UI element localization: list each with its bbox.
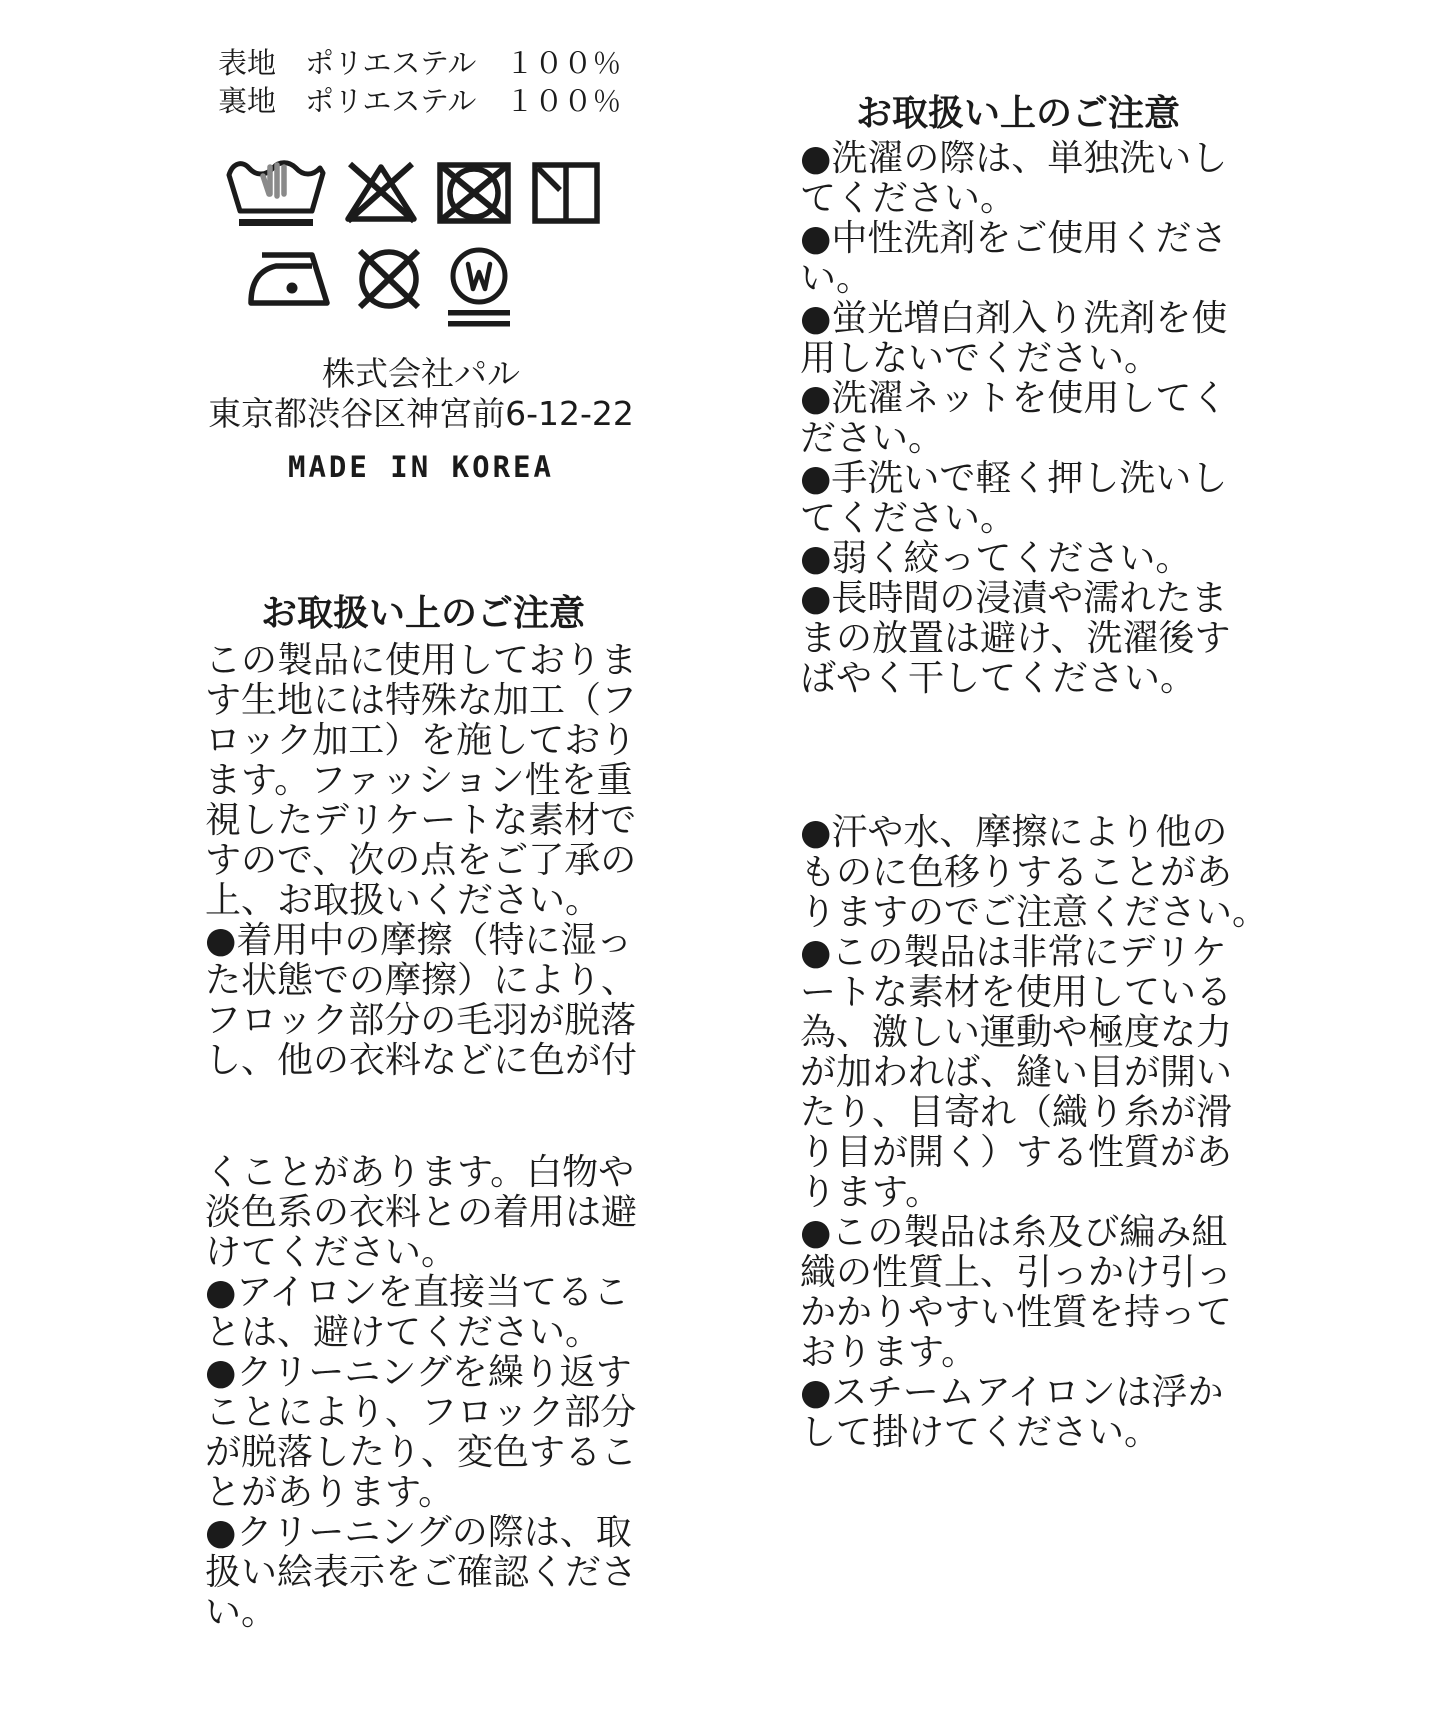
text-line: が脱落したり、変色するこ — [205, 1433, 637, 1473]
text-line: して掛けてください。 — [800, 1413, 1268, 1453]
text-line: 扱い絵表示をご確認くださ — [205, 1553, 637, 1593]
text-line: ●着用中の摩擦（特に湿っ — [205, 921, 637, 961]
washing-instructions: ●洗濯の際は、単独洗いしてください。●中性洗剤をご使用ください。●蛍光増白剤入り… — [800, 139, 1231, 699]
text-line: ●クリーニングの際は、取 — [205, 1513, 637, 1553]
left-care-paragraph-2: くことがあります。白物や淡色系の衣料との着用は避けてください。●アイロンを直接当… — [205, 1153, 637, 1633]
care-label-page: 表地 ポリエステル １００％裏地 ポリエステル １００％ — [0, 0, 1445, 1734]
text-line: 表地 ポリエステル １００％ — [218, 44, 621, 82]
line-dry-in-shade-icon — [527, 158, 605, 228]
text-line: 織の性質上、引っかけ引っ — [800, 1253, 1268, 1293]
text-line: し、他の衣料などに色が付 — [205, 1041, 637, 1081]
text-line: くことがあります。白物や — [205, 1153, 637, 1193]
text-line: ●中性洗剤をご使用くださ — [800, 219, 1231, 259]
text-line: てください。 — [800, 179, 1231, 219]
text-line: ロック加工）を施しており — [205, 721, 637, 761]
text-line: けてください。 — [205, 1233, 637, 1273]
do-not-tumble-dry-icon — [435, 158, 513, 228]
fabric-composition: 表地 ポリエステル １００％裏地 ポリエステル １００％ — [218, 44, 621, 120]
hand-wash-one-bar-icon — [225, 152, 327, 228]
text-line: 為、激しい運動や極度な力 — [800, 1013, 1268, 1053]
text-line: おります。 — [800, 1333, 1268, 1373]
text-line: ばやく干してください。 — [800, 659, 1231, 699]
iron-low-heat-one-dot-icon — [246, 246, 334, 310]
text-line: い。 — [205, 1593, 637, 1633]
text-line: この製品に使用しておりま — [205, 641, 637, 681]
text-line: ●この製品は非常にデリケ — [800, 933, 1268, 973]
text-line: ●汗や水、摩擦により他の — [800, 813, 1268, 853]
do-not-dry-clean-icon — [352, 246, 426, 312]
text-line: 視したデリケートな素材で — [205, 801, 637, 841]
text-line: ます。ファッション性を重 — [205, 761, 637, 801]
text-line: たり、目寄れ（織り糸が滑 — [800, 1093, 1268, 1133]
manufacturer-info: 株式会社パル 東京都渋谷区神宮前6-12-22 — [189, 354, 653, 434]
text-line: す生地には特殊な加工（フ — [205, 681, 637, 721]
gentle-wet-clean-w-icon — [444, 246, 514, 332]
text-line: ートな素材を使用している — [800, 973, 1268, 1013]
text-line: とは、避けてください。 — [205, 1313, 637, 1353]
text-line: とがあります。 — [205, 1473, 637, 1513]
text-line: 裏地 ポリエステル １００％ — [218, 82, 621, 120]
text-line: ●スチームアイロンは浮か — [800, 1373, 1268, 1413]
handling-instructions: ●汗や水、摩擦により他のものに色移りすることがありますのでご注意ください。●この… — [800, 813, 1268, 1453]
text-line: フロック部分の毛羽が脱落 — [205, 1001, 637, 1041]
left-care-heading: お取扱い上のご注意 — [205, 594, 641, 634]
text-line: ものに色移りすることがあ — [800, 853, 1268, 893]
text-line: ●アイロンを直接当てるこ — [205, 1273, 637, 1313]
text-line: ります。 — [800, 1173, 1268, 1213]
text-line: ●洗濯ネットを使用してく — [800, 379, 1231, 419]
country-of-origin: MADE IN KOREA — [189, 448, 653, 486]
text-line: ●弱く絞ってください。 — [800, 539, 1231, 579]
text-line: い。 — [800, 259, 1231, 299]
care-symbols-row-1 — [225, 152, 605, 228]
text-line: ●手洗いで軽く押し洗いし — [800, 459, 1231, 499]
text-line: りますのでご注意ください。 — [800, 893, 1268, 933]
text-line: ことにより、フロック部分 — [205, 1393, 637, 1433]
text-line: 淡色系の衣料との着用は避 — [205, 1193, 637, 1233]
right-care-heading: お取扱い上のご注意 — [800, 94, 1236, 134]
text-line: 用しないでください。 — [800, 339, 1231, 379]
text-line: ●クリーニングを繰り返す — [205, 1353, 637, 1393]
text-line: が加われば、縫い目が開い — [800, 1053, 1268, 1093]
text-line: ●洗濯の際は、単独洗いし — [800, 139, 1231, 179]
text-line: ●蛍光増白剤入り洗剤を使 — [800, 299, 1231, 339]
text-line: ●長時間の浸漬や濡れたま — [800, 579, 1231, 619]
text-line: てください。 — [800, 499, 1231, 539]
text-line: まの放置は避け、洗濯後す — [800, 619, 1231, 659]
text-line: ●この製品は糸及び編み組 — [800, 1213, 1268, 1253]
care-symbols-row-2 — [246, 246, 514, 332]
company-address: 東京都渋谷区神宮前6-12-22 — [189, 394, 653, 434]
do-not-bleach-icon — [341, 158, 421, 228]
text-line: ださい。 — [800, 419, 1231, 459]
text-line: かかりやすい性質を持って — [800, 1293, 1268, 1333]
text-line: 上、お取扱いください。 — [205, 881, 637, 921]
text-line: た状態での摩擦）により、 — [205, 961, 637, 1001]
text-line: り目が開く）する性質があ — [800, 1133, 1268, 1173]
left-care-paragraph-1: この製品に使用しております生地には特殊な加工（フロック加工）を施しております。フ… — [205, 641, 637, 1081]
text-line: すので、次の点をご了承の — [205, 841, 637, 881]
company-name: 株式会社パル — [189, 354, 653, 394]
